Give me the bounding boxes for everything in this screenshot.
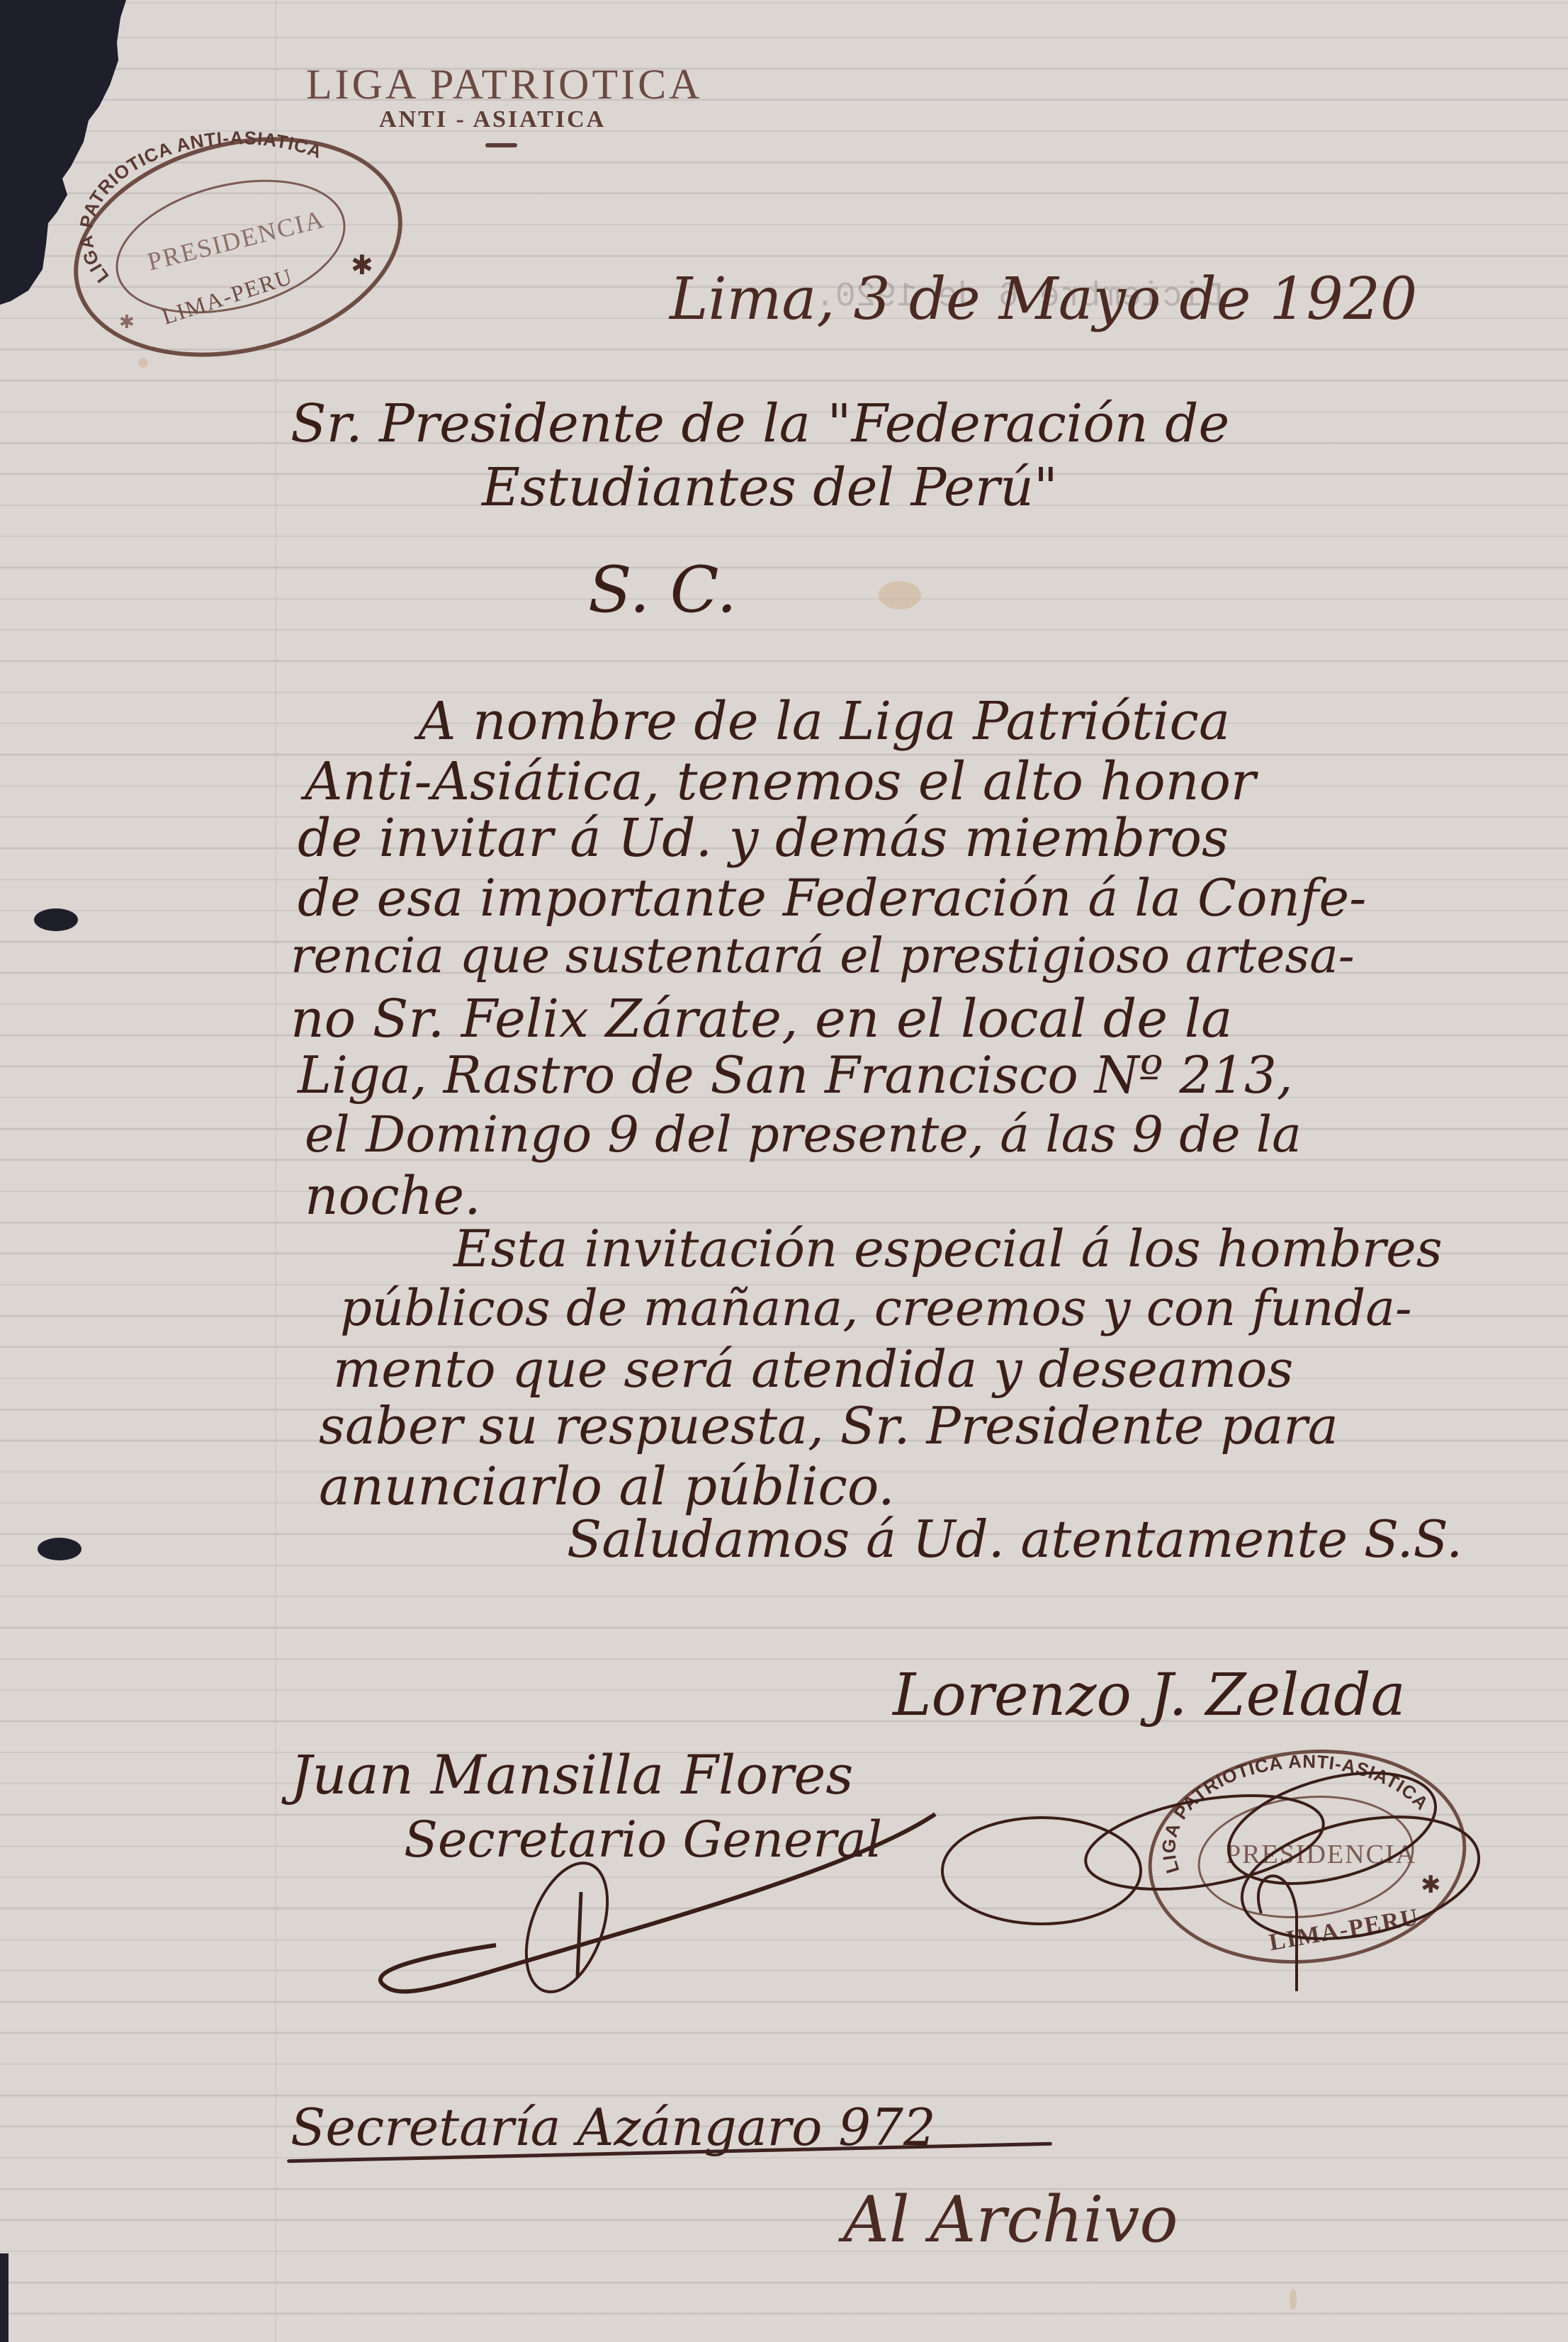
signature-flourish-president	[0, 0, 1568, 2342]
archive-note: Al Archivo	[843, 2183, 1178, 2257]
